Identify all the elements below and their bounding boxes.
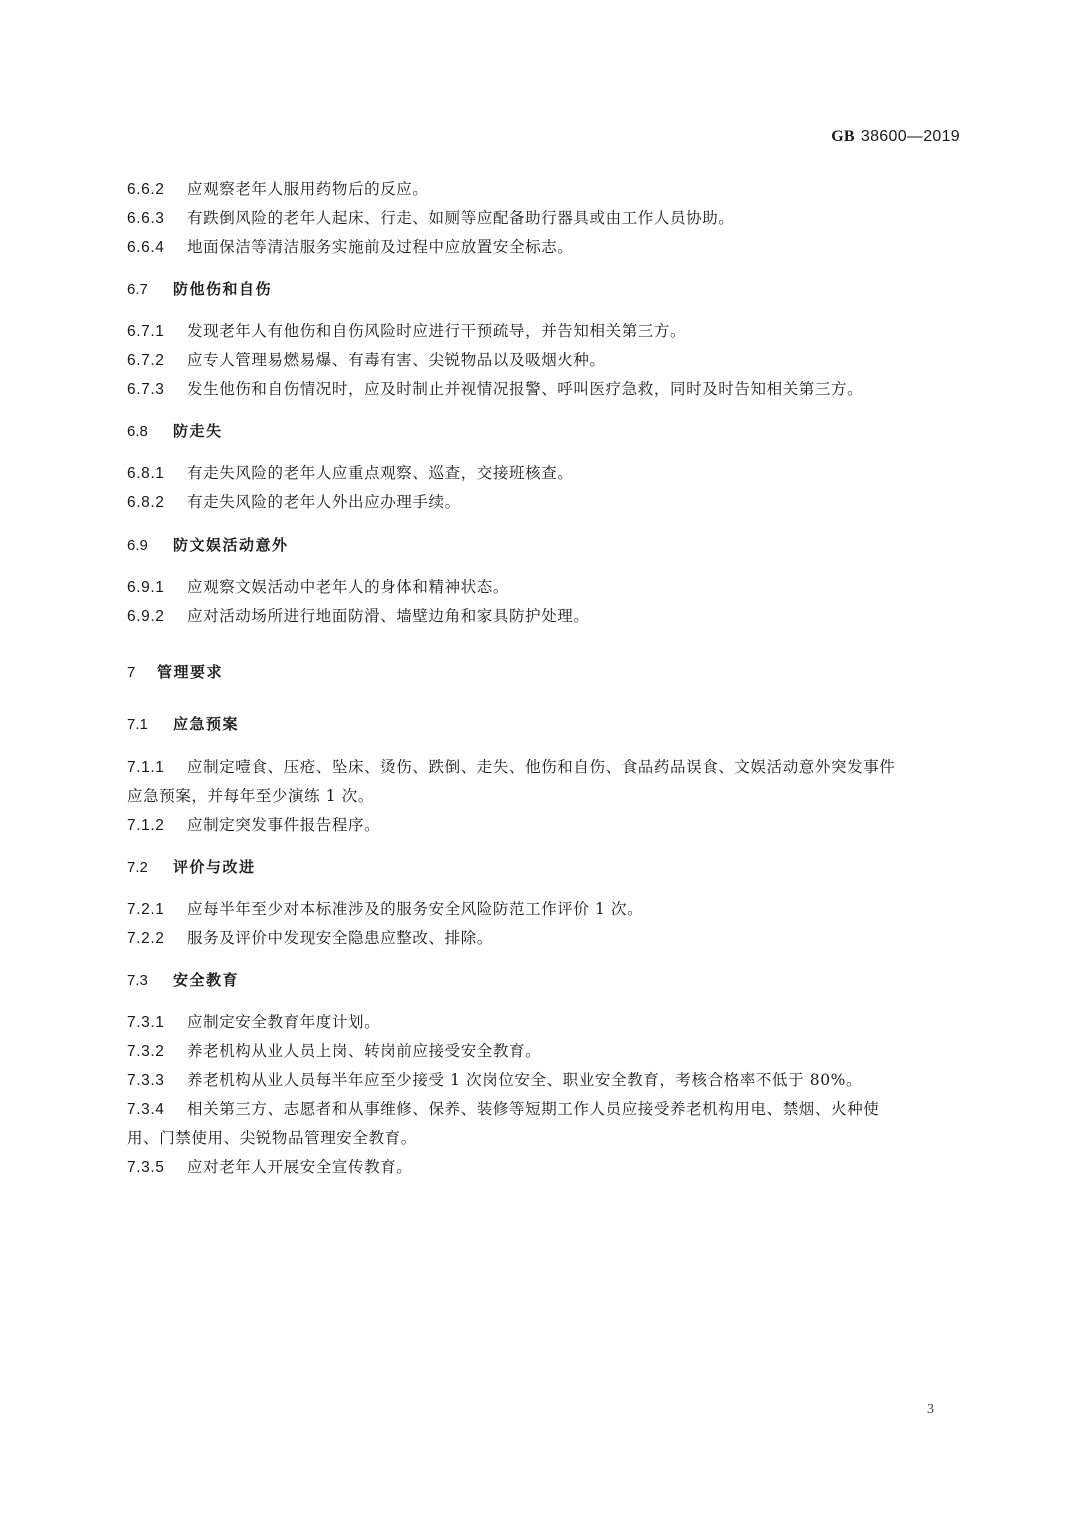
clause-text: 管理要求 <box>157 663 223 681</box>
clause-text: 应对活动场所进行地面防滑、墙壁边角和家具防护处理。 <box>187 607 590 625</box>
clause-text: 有跌倒风险的老年人起床、行走、如厕等应配备助行器具或由工作人员协助。 <box>187 209 734 227</box>
clause-number: 6.7 <box>127 280 173 300</box>
clause-number: 7.1 <box>127 715 173 735</box>
clause-number: 7.3.1 <box>127 1013 187 1033</box>
section-heading: 7.1应急预案 <box>127 714 239 735</box>
clause-line: 6.9.2应对活动场所进行地面防滑、墙壁边角和家具防护处理。 <box>127 606 590 627</box>
clause-text: 防走失 <box>173 422 223 440</box>
clause-number: 7.3.2 <box>127 1042 187 1062</box>
clause-line: 6.6.4地面保洁等清洁服务实施前及过程中应放置安全标志。 <box>127 237 573 258</box>
clause-text: 应制定安全教育年度计划。 <box>187 1013 380 1031</box>
clause-line: 7.2.2服务及评价中发现安全隐患应整改、排除。 <box>127 928 493 949</box>
clause-number: 7.2.1 <box>127 900 187 920</box>
clause-text: 评价与改进 <box>173 858 256 876</box>
clause-continuation: 应急预案，并每年至少演练 1 次。 <box>127 786 374 806</box>
clause-line: 7.1.1应制定噎食、压疮、坠床、烫伤、跌倒、走失、他伤和自伤、食品药品误食、文… <box>127 757 895 778</box>
clause-number: 7.2 <box>127 858 173 878</box>
section-heading: 7.3安全教育 <box>127 970 239 991</box>
clause-number: 7.3.5 <box>127 1158 187 1178</box>
clause-line: 7.3.3养老机构从业人员每半年应至少接受 1 次岗位安全、职业安全教育，考核合… <box>127 1070 862 1091</box>
clause-text: 地面保洁等清洁服务实施前及过程中应放置安全标志。 <box>187 238 573 256</box>
clause-text: 发生他伤和自伤情况时，应及时制止并视情况报警、呼叫医疗急救，同时及时告知相关第三… <box>187 380 863 398</box>
clause-number: 7.1.2 <box>127 816 187 836</box>
clause-number: 6.9.1 <box>127 578 187 598</box>
clause-text: 发现老年人有他伤和自伤风险时应进行干预疏导，并告知相关第三方。 <box>187 322 686 340</box>
page-number: 3 <box>927 1402 934 1418</box>
clause-number: 6.9 <box>127 536 173 556</box>
clause-number: 7.2.2 <box>127 929 187 949</box>
clause-number: 6.9.2 <box>127 607 187 627</box>
clause-number: 6.8.1 <box>127 464 187 484</box>
clause-number: 6.6.2 <box>127 180 187 200</box>
clause-line: 7.3.4相关第三方、志愿者和从事维修、保养、装修等短期工作人员应接受养老机构用… <box>127 1099 879 1120</box>
clause-text: 应观察文娱活动中老年人的身体和精神状态。 <box>187 578 509 596</box>
clause-number: 6.8.2 <box>127 493 187 513</box>
section-heading: 6.8防走失 <box>127 421 223 442</box>
clause-line: 6.8.1有走失风险的老年人应重点观察、巡查，交接班核查。 <box>127 463 573 484</box>
clause-line: 7.2.1应每半年至少对本标准涉及的服务安全风险防范工作评价 1 次。 <box>127 899 643 920</box>
clause-text: 应对老年人开展安全宣传教育。 <box>187 1158 412 1176</box>
clause-text: 有走失风险的老年人外出应办理手续。 <box>187 493 461 511</box>
clause-text: 养老机构从业人员上岗、转岗前应接受安全教育。 <box>187 1042 541 1060</box>
clause-text: 有走失风险的老年人应重点观察、巡查，交接班核查。 <box>187 464 573 482</box>
clause-text: 防他伤和自伤 <box>173 280 272 298</box>
clause-text: 用、门禁使用、尖锐物品管理安全教育。 <box>127 1129 417 1147</box>
clause-text: 应每半年至少对本标准涉及的服务安全风险防范工作评价 1 次。 <box>187 900 643 918</box>
clause-line: 6.6.3有跌倒风险的老年人起床、行走、如厕等应配备助行器具或由工作人员协助。 <box>127 208 734 229</box>
clause-number: 7.3 <box>127 971 173 991</box>
clause-number: 6.7.3 <box>127 380 187 400</box>
clause-line: 6.8.2有走失风险的老年人外出应办理手续。 <box>127 492 461 513</box>
clause-number: 7 <box>127 663 157 683</box>
clause-text: 应专人管理易燃易爆、有毒有害、尖锐物品以及吸烟火种。 <box>187 351 606 369</box>
clause-text: 安全教育 <box>173 971 239 989</box>
clause-number: 6.6.4 <box>127 238 187 258</box>
clause-text: 养老机构从业人员每半年应至少接受 1 次岗位安全、职业安全教育，考核合格率不低于… <box>187 1071 862 1089</box>
clause-text: 应制定突发事件报告程序。 <box>187 816 380 834</box>
clause-number: 6.8 <box>127 422 173 442</box>
clause-line: 7.3.2养老机构从业人员上岗、转岗前应接受安全教育。 <box>127 1041 541 1062</box>
clause-line: 6.6.2应观察老年人服用药物后的反应。 <box>127 179 429 200</box>
clause-line: 6.7.1发现老年人有他伤和自伤风险时应进行干预疏导，并告知相关第三方。 <box>127 321 686 342</box>
chapter-heading: 7管理要求 <box>127 662 223 683</box>
clause-text: 服务及评价中发现安全隐患应整改、排除。 <box>187 929 493 947</box>
section-heading: 6.9防文娱活动意外 <box>127 535 289 556</box>
standard-prefix: GB <box>831 128 855 145</box>
clause-text: 相关第三方、志愿者和从事维修、保养、装修等短期工作人员应接受养老机构用电、禁烟、… <box>187 1100 879 1118</box>
clause-text: 应制定噎食、压疮、坠床、烫伤、跌倒、走失、他伤和自伤、食品药品误食、文娱活动意外… <box>187 758 895 776</box>
clause-line: 6.7.2应专人管理易燃易爆、有毒有害、尖锐物品以及吸烟火种。 <box>127 350 606 371</box>
clause-line: 7.3.5应对老年人开展安全宣传教育。 <box>127 1157 412 1178</box>
clause-text: 应急预案，并每年至少演练 1 次。 <box>127 787 374 805</box>
clause-text: 应观察老年人服用药物后的反应。 <box>187 180 429 198</box>
clause-line: 7.3.1应制定安全教育年度计划。 <box>127 1012 380 1033</box>
clause-number: 6.7.2 <box>127 351 187 371</box>
clause-number: 6.6.3 <box>127 209 187 229</box>
clause-number: 7.3.3 <box>127 1071 187 1091</box>
clause-number: 6.7.1 <box>127 322 187 342</box>
clause-text: 防文娱活动意外 <box>173 536 289 554</box>
clause-line: 6.7.3发生他伤和自伤情况时，应及时制止并视情况报警、呼叫医疗急救，同时及时告… <box>127 379 863 400</box>
clause-text: 应急预案 <box>173 715 239 733</box>
clause-line: 6.9.1应观察文娱活动中老年人的身体和精神状态。 <box>127 577 509 598</box>
clause-continuation: 用、门禁使用、尖锐物品管理安全教育。 <box>127 1128 417 1148</box>
clause-number: 7.1.1 <box>127 758 187 778</box>
standard-code: GB38600—2019 <box>831 128 960 146</box>
section-heading: 6.7防他伤和自伤 <box>127 279 272 300</box>
standard-number: 38600—2019 <box>861 128 960 145</box>
clause-line: 7.1.2应制定突发事件报告程序。 <box>127 815 380 836</box>
clause-number: 7.3.4 <box>127 1100 187 1120</box>
section-heading: 7.2评价与改进 <box>127 857 256 878</box>
